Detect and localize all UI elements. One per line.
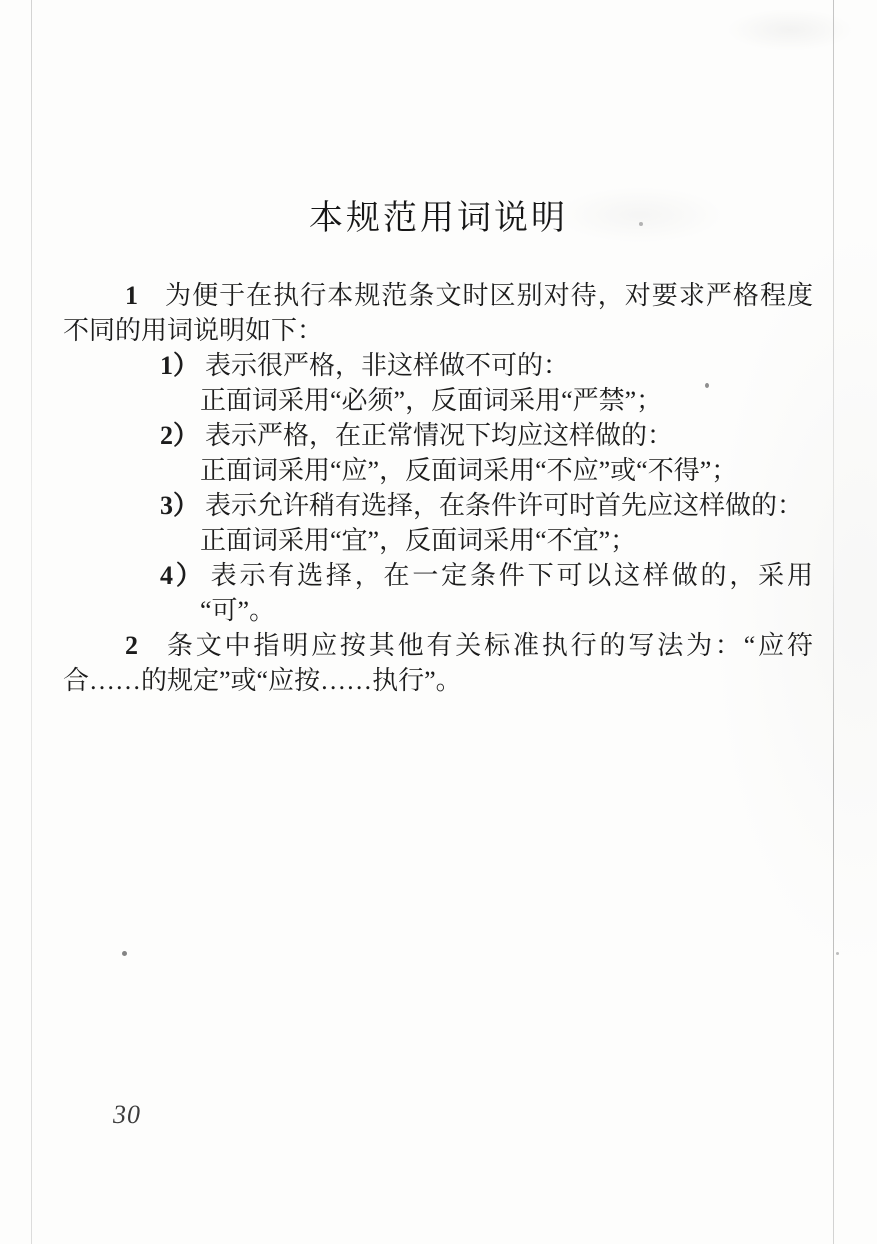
scan-speckle [705,383,709,388]
page-number: 30 [113,1100,141,1130]
paragraph-2-line-1: 2条文中指明应按其他有关标准执行的写法为：“应符 [63,628,813,663]
line-text: 为便于在执行本规范条文时区别对待，对要求严格程度 [164,281,813,310]
line-text: 表示严格，在正常情况下均应这样做的： [205,421,673,450]
line-text: 表示允许稍有选择，在条件许可时首先应这样做的： [205,491,803,520]
list-item-4-number: 4） [160,561,205,590]
scan-speckle [122,951,127,956]
list-item-3-number: 3） [160,491,199,520]
line-text: 合……的规定”或“应按……执行”。 [63,666,462,695]
paragraph-1-number: 1 [125,281,138,310]
paragraph-2-line-2: 合……的规定”或“应按……执行”。 [63,663,813,698]
paragraph-1-line-2: 不同的用词说明如下： [63,313,813,348]
line-text: 正面词采用“应”，反面词采用“不应”或“不得”； [200,456,737,485]
line-text: 正面词采用“宜”，反面词采用“不宜”； [200,526,636,555]
line-text: 表示有选择，在一定条件下可以这样做的，采用 [211,561,813,590]
list-item-3-line-2: 正面词采用“宜”，反面词采用“不宜”； [63,523,813,558]
line-text: “可”。 [200,596,275,625]
line-text: 表示很严格，非这样做不可的： [205,351,569,380]
scan-speckle [639,222,643,226]
line-text: 不同的用词说明如下： [63,316,323,345]
list-item-3-line-1: 3）表示允许稍有选择，在条件许可时首先应这样做的： [63,488,813,523]
scan-speckle [836,952,839,955]
line-text: 正面词采用“必须”，反面词采用“严禁”； [200,386,662,415]
scan-edge-right [833,0,834,1244]
scan-edge-left [31,0,32,1244]
list-item-1-line-2: 正面词采用“必须”，反面词采用“严禁”； [63,383,813,418]
paragraph-1-line-1: 1为便于在执行本规范条文时区别对待，对要求严格程度 [63,278,813,313]
list-item-1-number: 1） [160,351,199,380]
scanned-document-page: 本规范用词说明 1为便于在执行本规范条文时区别对待，对要求严格程度 不同的用词说… [0,0,877,1244]
list-item-4-line-1: 4）表示有选择，在一定条件下可以这样做的，采用 [63,558,813,593]
list-item-2-line-1: 2）表示严格，在正常情况下均应这样做的： [63,418,813,453]
line-text: 条文中指明应按其他有关标准执行的写法为：“应符 [164,631,813,660]
list-item-4-line-2: “可”。 [63,593,813,628]
list-item-2-line-2: 正面词采用“应”，反面词采用“不应”或“不得”； [63,453,813,488]
body-text: 1为便于在执行本规范条文时区别对待，对要求严格程度 不同的用词说明如下： 1）表… [63,278,813,698]
list-item-1-line-1: 1）表示很严格，非这样做不可的： [63,348,813,383]
list-item-2-number: 2） [160,421,199,450]
paragraph-2-number: 2 [125,631,138,660]
page-title: 本规范用词说明 [0,190,877,239]
